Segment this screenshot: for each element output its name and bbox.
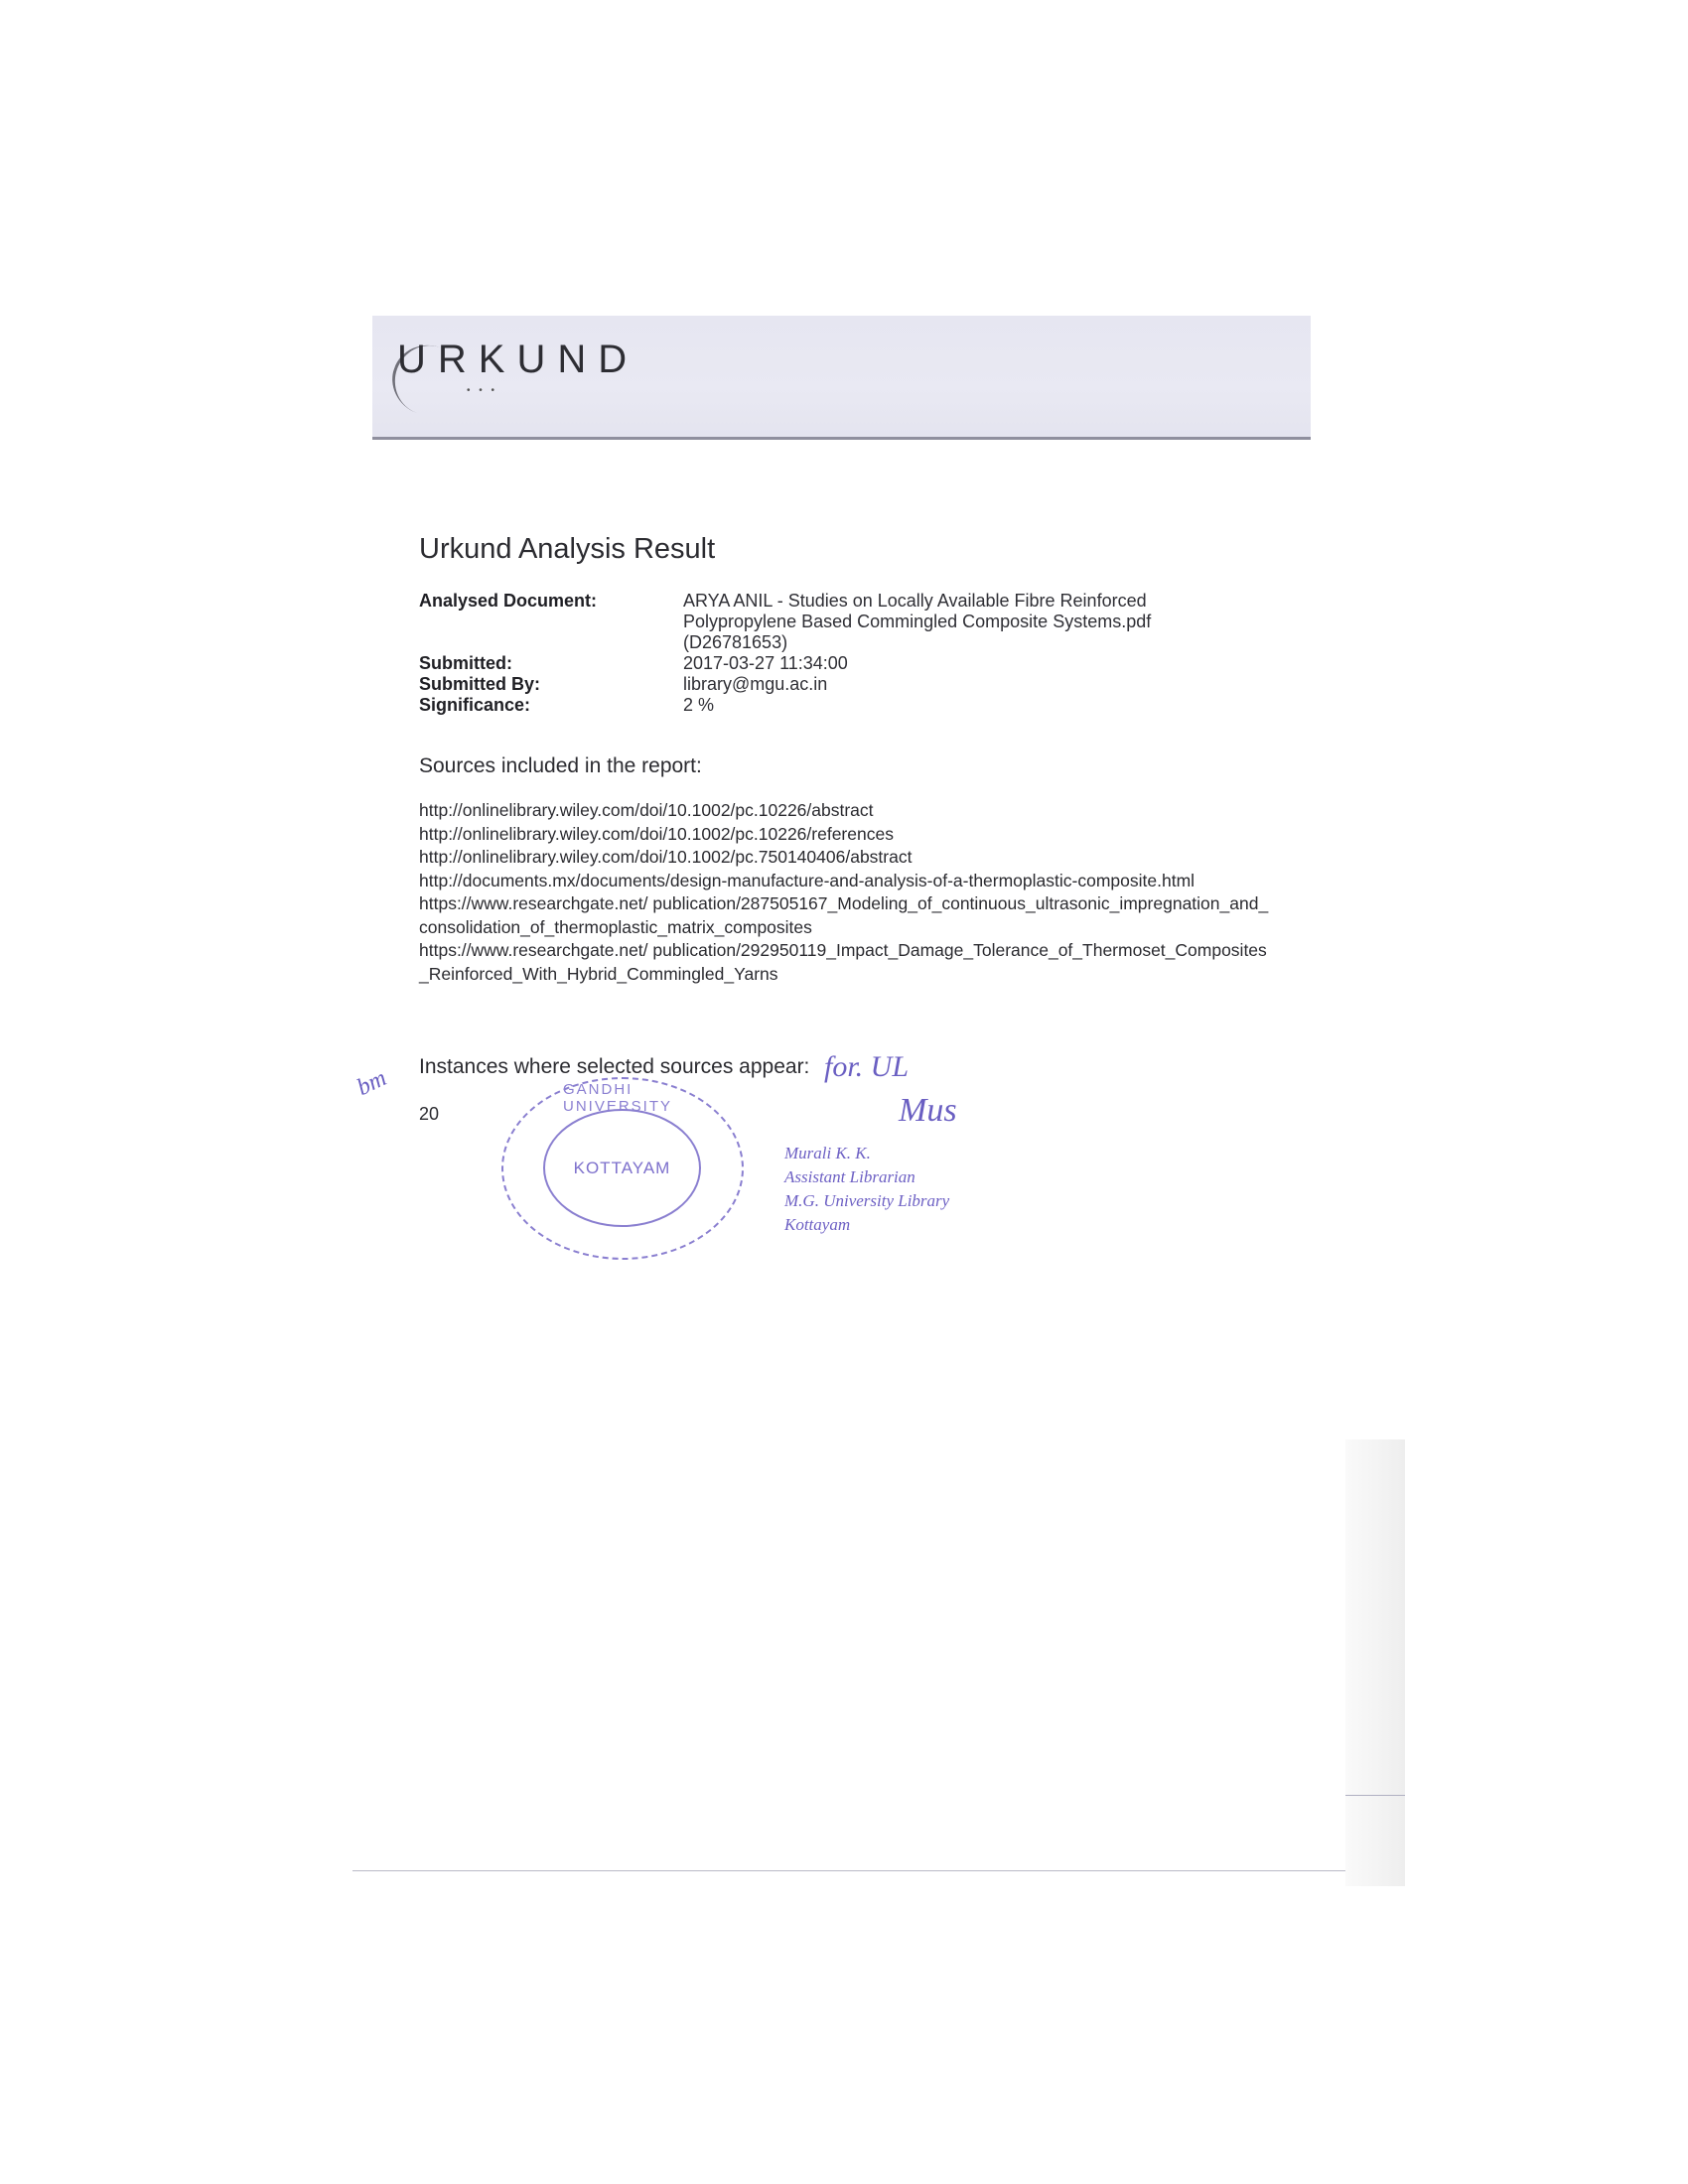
meta-label: Submitted: [419,653,683,674]
source-link[interactable]: https://www.researchgate.net/ publicatio… [419,892,1273,939]
meta-row-significance: Significance: 2 % [419,695,1239,716]
signature-line: Murali K. K. [784,1142,949,1165]
handwritten-initials: bm [353,1065,391,1102]
scan-edge-line [1345,1795,1405,1796]
source-link[interactable]: https://www.researchgate.net/ publicatio… [419,939,1273,986]
instances-count: 20 [419,1104,439,1125]
stamp-ring-text: GANDHI UNIVERSITY [563,1081,742,1115]
librarian-signature-block: Murali K. K. Assistant Librarian M.G. Un… [784,1142,949,1237]
meta-value: 2 % [683,695,1239,716]
meta-label: Submitted By: [419,674,683,695]
signature-line: Assistant Librarian [784,1165,949,1189]
meta-value: ARYA ANIL - Studies on Locally Available… [683,591,1239,653]
source-link[interactable]: http://onlinelibrary.wiley.com/doi/10.10… [419,799,1273,823]
sources-list: http://onlinelibrary.wiley.com/doi/10.10… [419,799,1273,986]
urkund-logo: URKUND [397,338,638,382]
source-link[interactable]: http://onlinelibrary.wiley.com/doi/10.10… [419,823,1273,847]
stamp-center-text: KOTTAYAM [574,1159,671,1178]
sources-heading: Sources included in the report: [419,754,702,778]
source-link[interactable]: http://documents.mx/documents/design-man… [419,870,1273,893]
library-stamp: GANDHI UNIVERSITY KOTTAYAM [501,1077,744,1260]
meta-row-submitted-by: Submitted By: library@mgu.ac.in [419,674,1239,695]
source-link[interactable]: http://onlinelibrary.wiley.com/doi/10.10… [419,846,1273,870]
instances-heading: Instances where selected sources appear: [419,1055,809,1079]
scan-bottom-line [352,1870,1345,1871]
meta-label: Analysed Document: [419,591,683,653]
document-metadata: Analysed Document: ARYA ANIL - Studies o… [419,591,1239,716]
signature-line: Kottayam [784,1213,949,1237]
logo-dots-icon: • • • [467,385,497,396]
meta-row-analysed-document: Analysed Document: ARYA ANIL - Studies o… [419,591,1239,653]
page-title: Urkund Analysis Result [419,533,715,566]
stamp-center: KOTTAYAM [543,1109,701,1227]
handwritten-signature: Mus [899,1092,957,1130]
handwritten-note: for. UL [824,1050,909,1084]
meta-value: 2017-03-27 11:34:00 [683,653,1239,674]
meta-row-submitted: Submitted: 2017-03-27 11:34:00 [419,653,1239,674]
scan-page-edge [1345,1439,1405,1886]
meta-label: Significance: [419,695,683,716]
meta-value: library@mgu.ac.in [683,674,1239,695]
signature-line: M.G. University Library [784,1189,949,1213]
